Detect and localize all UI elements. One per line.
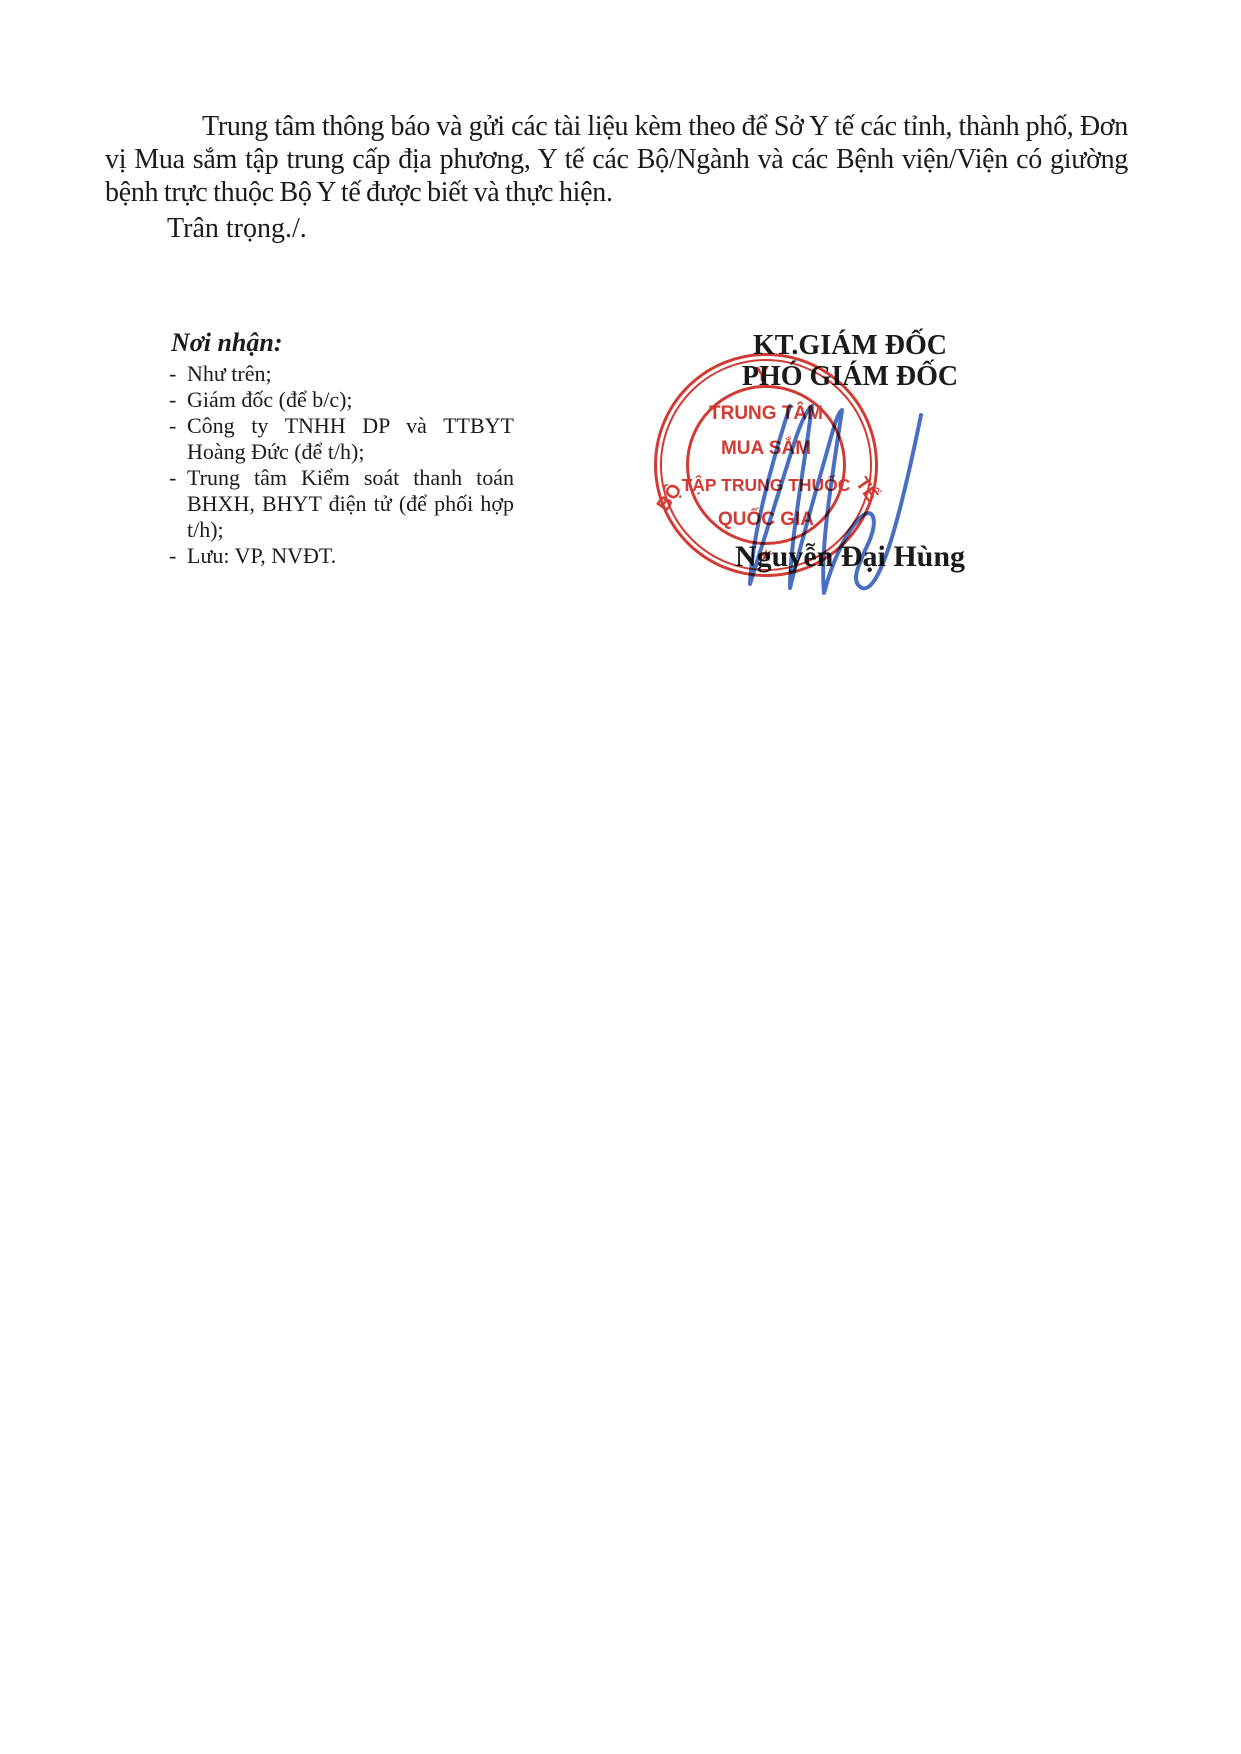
recipient-item: - Lưu: VP, NVĐT.	[168, 543, 514, 569]
list-dash: -	[169, 361, 176, 387]
list-dash: -	[169, 465, 176, 491]
recipient-item: - Công ty TNHH DP và TTBYT Hoàng Đức (để…	[168, 413, 514, 465]
recipients-block: Nơi nhận: - Như trên; - Giám đốc (để b/c…	[168, 328, 514, 569]
body-paragraph: Trung tâm thông báo và gửi các tài liệu …	[105, 110, 1128, 209]
document-page: Trung tâm thông báo và gửi các tài liệu …	[0, 0, 1241, 1754]
recipients-list: - Như trên; - Giám đốc (để b/c); - Công …	[168, 361, 514, 569]
recipient-item-text: Công ty TNHH DP và TTBYT Hoàng Đức (để t…	[187, 413, 514, 464]
recipient-item-text: Như trên;	[187, 361, 272, 386]
recipient-item-text: Trung tâm Kiểm soát thanh toán BHXH, BHY…	[187, 465, 514, 542]
letter-body: Trung tâm thông báo và gửi các tài liệu …	[105, 110, 1128, 245]
recipient-item-text: Giám đốc (để b/c);	[187, 387, 353, 412]
signature-stroke	[750, 406, 921, 593]
recipient-item: - Trung tâm Kiểm soát thanh toán BHXH, B…	[168, 465, 514, 543]
list-dash: -	[169, 543, 176, 569]
list-dash: -	[169, 413, 176, 439]
recipient-item: - Giám đốc (để b/c);	[168, 387, 514, 413]
recipients-heading: Nơi nhận:	[171, 328, 514, 358]
recipient-item-text: Lưu: VP, NVĐT.	[187, 543, 336, 568]
closing-line: Trân trọng./.	[105, 209, 1128, 245]
recipient-item: - Như trên;	[168, 361, 514, 387]
handwritten-signature	[640, 378, 940, 613]
list-dash: -	[169, 387, 176, 413]
